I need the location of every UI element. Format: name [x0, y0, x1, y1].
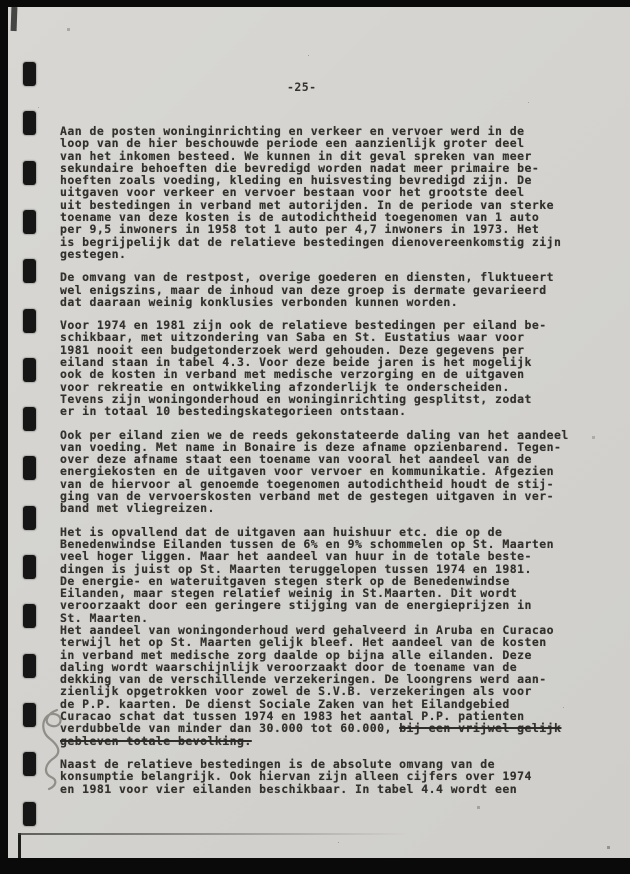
text-line: en 1981 voor vier eilanden beschikbaar. …: [60, 783, 600, 795]
text-line: konsumptie belangrijk. Ook hiervan zijn …: [60, 770, 600, 782]
strikethrough-text: gebleven totale bevolking.: [60, 734, 252, 748]
strikethrough-text: bij een vrijwel gelijk: [399, 721, 561, 735]
text-line: ook de kosten in verband met medische ve…: [60, 368, 600, 380]
scan-top-edge-bar: [0, 0, 630, 7]
underlying-page-corner-horizontal: [18, 833, 408, 835]
binding-hole: [23, 407, 36, 431]
text-line: Ook per eiland zien we de reeds gekonsta…: [60, 429, 600, 441]
scan-speckles: [8, 7, 9, 8]
text-line: is begrijpelijk dat de relatieve bestedi…: [60, 236, 600, 248]
text-line: er in totaal 10 bestedingskategorieen on…: [60, 405, 600, 417]
scan-left-edge-strip: [0, 0, 8, 874]
text-line: uitgaven voor verkeer en vervoer bestaan…: [60, 186, 600, 198]
text-line: per 9,5 inwoners in 1958 tot 1 auto per …: [60, 223, 600, 235]
scan-bottom-edge-bar: [0, 858, 630, 874]
binding-hole: [23, 456, 36, 480]
binding-hole: [23, 161, 36, 185]
binding-hole: [23, 210, 36, 234]
text-line: terwijl het op St. Maarten gelijk bleef.…: [60, 636, 600, 648]
binding-hole: [23, 604, 36, 628]
binding-hole: [23, 358, 36, 382]
paragraph: Voor 1974 en 1981 zijn ook de relatieve …: [60, 319, 600, 417]
text-line: loop van de hier beschouwde periode een …: [60, 137, 600, 149]
text-line: dingen is juist op St. Maarten teruggelo…: [60, 563, 600, 575]
page-sheet: -25- Aan de posten woninginrichting en v…: [8, 7, 630, 858]
binding-hole: [23, 555, 36, 579]
document-text: Aan de posten woninginrichting en verkee…: [60, 125, 600, 806]
text-line: zienlijk opgetrokken voor zowel de S.V.B…: [60, 685, 600, 697]
text-line: veel hoger liggen. Maar het aandeel van …: [60, 550, 600, 562]
binding-hole: [23, 111, 36, 135]
text-line: dat daaraan weinig konklusies verbonden …: [60, 296, 600, 308]
binding-hole: [23, 62, 36, 86]
binding-hole: [23, 654, 36, 678]
binding-hole: [23, 802, 36, 826]
text-line: wel enigszins, maar de inhoud van deze g…: [60, 284, 600, 296]
paragraph: Aan de posten woninginrichting en verkee…: [60, 125, 600, 260]
text-line: De omvang van de restpost, overige goede…: [60, 271, 600, 283]
paragraph: Het is opvallend dat de uitgaven aan hui…: [60, 526, 600, 747]
handwritten-squiggle-annotation: [33, 707, 67, 791]
text-line: energiekosten en de uitgaven voor vervoe…: [60, 465, 600, 477]
scan-edge-mark: [11, 7, 18, 31]
paragraph: Naast de relatieve bestedingen is de abs…: [60, 758, 600, 795]
paragraph: Ook per eiland zien we de reeds gekonsta…: [60, 429, 600, 515]
paragraph: De omvang van de restpost, overige goede…: [60, 271, 600, 308]
binding-hole: [23, 259, 36, 283]
text-line: schikbaar, met uitzondering van Saba en …: [60, 331, 600, 343]
text-line: band met vliegreizen.: [60, 502, 600, 514]
text-line: veroorzaakt door een geringere stijging …: [60, 599, 600, 611]
page-number: -25-: [287, 80, 317, 94]
binding-hole: [23, 309, 36, 333]
underlying-page-corner-vertical: [18, 833, 21, 858]
text-line: gebleven totale bevolking.: [60, 735, 600, 747]
binding-hole: [23, 506, 36, 530]
text-line: gestegen.: [60, 248, 600, 260]
